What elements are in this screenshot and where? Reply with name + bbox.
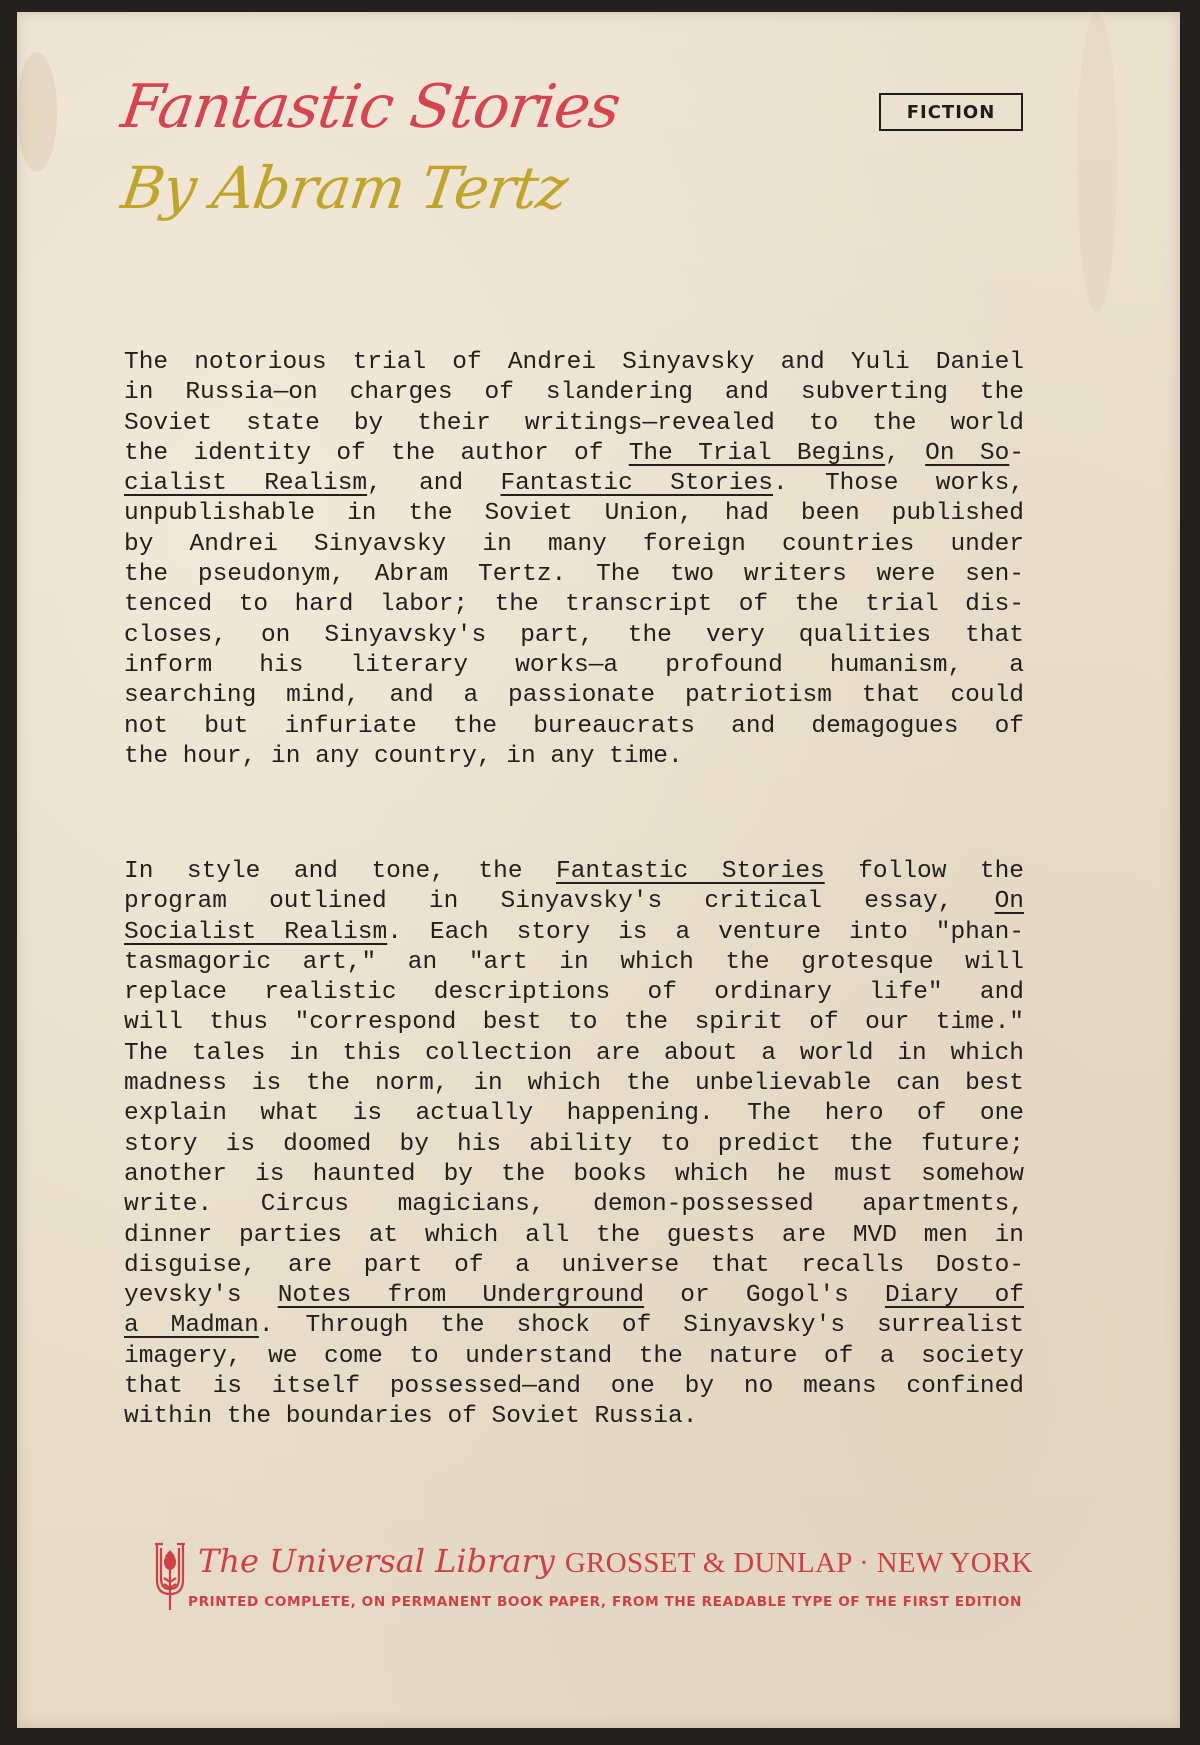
book-back-cover: Fantastic Stories By Abram Tertz FICTION…	[17, 12, 1180, 1728]
blurb-line: another is haunted by the books which he…	[124, 1160, 1024, 1190]
category-label: FICTION	[907, 102, 996, 123]
blurb-line: the pseudonym, Abram Tertz. The two writ…	[124, 560, 1024, 590]
blurb-line: the hour, in any country, in any time.	[124, 742, 1024, 772]
blurb-line: write. Circus magicians, demon-possessed…	[124, 1190, 1024, 1220]
cover-author: By Abram Tertz	[117, 154, 571, 222]
blurb-paragraph-1: The notorious trial of Andrei Sinyavsky …	[124, 348, 1024, 772]
blurb-line: cialist Realism, and Fantastic Stories. …	[124, 469, 1024, 499]
blurb-line: Socialist Realism. Each story is a ventu…	[124, 918, 1024, 948]
thistle-u-emblem-icon	[154, 1542, 186, 1612]
blurb-line: tasmagoric art," an "art in which the gr…	[124, 948, 1024, 978]
blurb-line: story is doomed by his ability to predic…	[124, 1130, 1024, 1160]
blurb-paragraph-2: In style and tone, the Fantastic Stories…	[124, 857, 1024, 1433]
blurb-line: searching mind, and a passionate patriot…	[124, 681, 1024, 711]
blurb-line: imagery, we come to understand the natur…	[124, 1342, 1024, 1372]
printing-tagline: PRINTED COMPLETE, ON PERMANENT BOOK PAPE…	[188, 1594, 1022, 1610]
blurb-line: The tales in this collection are about a…	[124, 1039, 1024, 1069]
publisher-name: GROSSET & DUNLAP · NEW YORK	[565, 1547, 1033, 1579]
blurb-line: madness is the norm, in which the unbeli…	[124, 1069, 1024, 1099]
paper-stain	[17, 52, 57, 172]
blurb-line: will thus "correspond best to the spirit…	[124, 1008, 1024, 1038]
blurb-line: not but infuriate the bureaucrats and de…	[124, 712, 1024, 742]
blurb-line: yevsky's Notes from Underground or Gogol…	[124, 1281, 1024, 1311]
blurb-line: by Andrei Sinyavsky in many foreign coun…	[124, 530, 1024, 560]
blurb-line: program outlined in Sinyavsky's critical…	[124, 887, 1024, 917]
blurb-line: In style and tone, the Fantastic Stories…	[124, 857, 1024, 887]
blurb-line: within the boundaries of Soviet Russia.	[124, 1402, 1024, 1432]
blurb-line: inform his literary works—a profound hum…	[124, 651, 1024, 681]
blurb-line: the identity of the author of The Trial …	[124, 439, 1024, 469]
paper-stain	[1077, 12, 1117, 312]
blurb-line: disguise, are part of a universe that re…	[124, 1251, 1024, 1281]
blurb-line: that is itself possessed—and one by no m…	[124, 1372, 1024, 1402]
cover-title: Fantastic Stories	[117, 72, 624, 142]
blurb-line: dinner parties at which all the guests a…	[124, 1221, 1024, 1251]
blurb-line: tenced to hard labor; the transcript of …	[124, 590, 1024, 620]
blurb-line: a Madman. Through the shock of Sinyavsky…	[124, 1311, 1024, 1341]
blurb-line: Soviet state by their writings—revealed …	[124, 409, 1024, 439]
category-badge: FICTION	[879, 93, 1023, 131]
blurb-line: closes, on Sinyavsky's part, the very qu…	[124, 621, 1024, 651]
blurb-line: replace realistic descriptions of ordina…	[124, 978, 1024, 1008]
blurb-line: unpublishable in the Soviet Union, had b…	[124, 499, 1024, 529]
blurb-line: explain what is actually happening. The …	[124, 1099, 1024, 1129]
blurb-line: in Russia—on charges of slandering and s…	[124, 378, 1024, 408]
series-name: The Universal Library	[198, 1542, 555, 1580]
blurb-line: The notorious trial of Andrei Sinyavsky …	[124, 348, 1024, 378]
publisher-line: The Universal LibraryGROSSET & DUNLAP · …	[198, 1542, 1033, 1580]
